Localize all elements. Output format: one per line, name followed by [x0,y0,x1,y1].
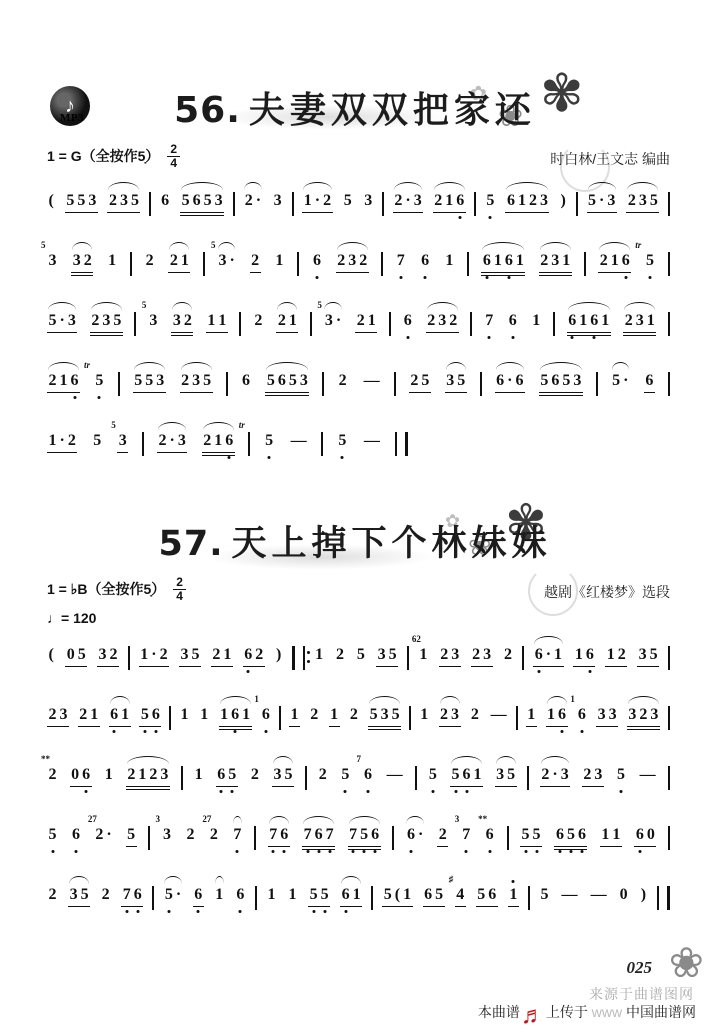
octave-dot-low [317,850,320,853]
credit-text: 越剧《红楼梦》选段 [544,582,670,602]
slur-arc [434,182,465,190]
octave-dot-low [409,850,412,853]
note-token: 2 [253,312,264,330]
grace-note: 5 [111,420,116,430]
held-note-dash: — [289,432,308,450]
note-token: 2123 [126,766,170,787]
note-token: 1 [103,766,114,784]
barline [596,372,598,396]
slur-arc [627,182,658,190]
note-token: 6·6 [495,372,525,393]
note-token: 756 [348,826,381,847]
slur-arc [451,756,482,764]
barline [292,192,294,216]
grace-note: ** [478,814,487,824]
barline [470,312,472,336]
octave-dot-low [561,730,564,733]
note-token: 21 [276,312,298,333]
note-token: ( [47,192,55,210]
note-token: 6 [644,372,655,393]
note-token: 1·2 [139,646,169,667]
note-token: 6 [160,192,171,210]
sheet-music-page: ✾ ❀ ✿ ♪ MP3 56.夫妻双双把家还 1 = G（全按作5̣） 24 时… [0,0,710,1026]
note-token: 553 [133,372,166,393]
song-56-header: 56.夫妻双双把家还 1 = G（全按作5̣） 24 时白林/王文志 编曲 [0,82,710,169]
slur-arc [218,242,235,250]
slur-arc [233,816,242,824]
note-token: 35 [445,372,467,393]
note-token: 2 [348,706,359,724]
note-token: 5653 [265,372,309,393]
note-token: 5 [539,886,550,904]
octave-dot-low [85,790,88,793]
slur-arc [394,182,422,190]
url-watermark: www [592,1004,622,1020]
note-token: 2 [334,646,345,664]
barline [321,432,323,456]
barline [668,192,670,216]
slur-arc [540,362,582,370]
barline [130,252,132,276]
note-token: 6123 [505,192,549,213]
note-token: 5 [94,372,105,390]
octave-dot-low [485,276,488,279]
barline [149,192,151,216]
note-token: 1 [287,886,298,904]
trill-mark: tr [239,420,245,430]
note-token: 35 [148,312,159,330]
note-token: 32 [71,252,93,273]
note-token: 5(1 [382,886,412,907]
note-token: 216tr [202,432,235,453]
note-token: 2· [243,192,262,210]
song-title: 57.天上掉下个林妹妹 [0,516,710,566]
octave-dot-low [537,670,540,673]
slur-arc [48,302,76,310]
octave-dot-low [247,670,250,673]
octave-dot-low [558,850,561,853]
octave-dot-low [220,790,223,793]
key-row: 1 = G（全按作5̣） 24 时白林/王文志 编曲 [0,143,710,169]
octave-dot-low [315,276,318,279]
barline [226,372,228,396]
note-token: 35 [47,252,58,270]
upload-mid-text: 上传于 [546,1004,588,1020]
octave-dot-low [312,910,315,913]
trill-mark: tr [635,240,641,250]
quarter-note-icon: ♩= 120 [47,610,96,626]
note-token: 60 [634,826,656,847]
note-token: 6** [484,826,495,844]
note-token: 5 [264,432,275,450]
slur-arc [169,242,189,250]
slur-arc [273,756,293,764]
note-token: 5653 [180,192,224,213]
note-token: 6161 [481,252,525,273]
note-token: 6 [235,886,246,904]
barline [668,312,670,336]
slur-arc [324,302,341,310]
note-token: 5· [163,886,182,904]
note-token: 1 [179,706,190,724]
final-barline [395,432,408,456]
slur-arc [266,362,308,370]
octave-dot-low [306,850,309,853]
slur-arc [496,756,516,764]
note-token: 33 [162,826,173,844]
octave-dot-high [512,880,515,883]
note-token: 1 [193,766,204,784]
note-token: 2 [100,886,111,904]
octave-dot-low [638,850,641,853]
octave-dot-low [507,276,510,279]
slur-arc [303,182,331,190]
note-token: 5· [611,372,630,390]
grace-note: ** [41,754,50,764]
note-token: 7 [232,826,243,844]
key-text: 1 = ♭B（全按作5̣） [47,579,165,599]
slur-arc [588,182,616,190]
note-token: 5·3 [587,192,617,213]
note-token: 35 [376,646,398,667]
meter-numerator: 2 [167,143,180,157]
note-token: ) [559,192,567,210]
octave-dot-low [624,276,627,279]
barline [169,706,171,730]
note-token: 1 [444,252,455,270]
octave-dot-low [465,790,468,793]
note-token: 5 [427,766,438,784]
note-token: 5·3 [47,312,77,333]
music-line: (553235656532·31·2532·321656123)5·3235 [46,176,670,236]
note-token: 2·3 [157,432,187,453]
octave-dot-low [571,336,574,339]
note-token: 23 [439,646,461,667]
note-token: 323 [627,706,660,727]
slur-arc [624,302,655,310]
note-token: 6 [70,826,81,844]
note-token: 232 [336,252,369,273]
note-token: 2 [144,252,155,270]
note-token: 1 [274,252,285,270]
octave-dot-low [51,850,54,853]
note-token: 61 [576,706,587,724]
octave-dot-low [236,850,239,853]
note-token: 21 [78,706,100,727]
slur-arc [534,636,562,644]
barline [668,826,670,850]
barline [382,192,384,216]
note-token: 06 [70,766,92,787]
note-token: 2 [185,826,196,844]
slur-arc [203,422,234,430]
note-token: 227 [208,826,219,844]
slur-arc [341,876,361,884]
note-token: 12 [605,646,627,667]
octave-dot-low [593,336,596,339]
music-line: 2**06121231652352567—5561352·3235— [46,750,670,810]
final-barline [657,886,670,910]
barline [480,372,482,396]
note-token: 2 [317,766,328,784]
grace-note: 27 [88,814,97,824]
note-token: 2·3 [393,192,423,213]
music-line: 216tr5553235656532—25356·656535·6 [46,356,670,416]
note-token: 5 [615,766,626,784]
octave-dot-low [352,850,355,853]
meter-denominator: 4 [167,157,180,170]
slur-arc [568,302,610,310]
note-token: 1 [526,706,537,727]
barline [516,706,518,730]
note-token: 2 [337,372,348,390]
note-token: 23 [471,646,493,667]
trill-mark: tr [84,360,90,370]
credit-text: 时白林/王文志 编曲 [550,149,670,169]
note-token: 2** [47,766,58,784]
barline [467,252,469,276]
slur-arc [48,362,79,370]
note-token: 3 [363,192,374,210]
barline [576,192,578,216]
grace-note: 5 [211,240,216,250]
barline [668,372,670,396]
note-token: 35 [68,886,90,907]
note-token: 1 [329,706,340,727]
music-line: (05321·2352162)12535162232326·1161235 [46,630,670,690]
music-staff-57: (05321·2352162)12535162232326·1161235232… [46,630,670,930]
slur-arc [599,242,630,250]
slur-arc [172,302,192,310]
barline [507,826,509,850]
note-token: 161 [219,706,252,727]
barline [394,372,396,396]
note-token: 1 [419,706,430,724]
octave-dot-low [649,276,652,279]
music-line: 2352765·6161155615(1654♯5615——0) [46,870,670,930]
slur-arc [369,696,400,704]
treble-clef-icon: ♬ [521,1002,545,1026]
slur-arc [72,242,92,250]
slur-arc [612,362,629,370]
music-line: 23216156111616112125351232—1166133323 [46,690,670,750]
barline [118,372,120,396]
grace-note: 5 [41,240,46,250]
note-token: 35 [179,646,201,667]
note-token: 1 [214,886,225,904]
octave-dot-low [406,336,409,339]
note-token: 23 [582,766,604,787]
music-line: 562·2753322277767677566·2736**556561160 [46,810,670,870]
note-token: 23 [47,706,69,727]
octave-dot-low [167,910,170,913]
slur-arc [215,876,224,884]
note-token: 5 [485,192,496,210]
note-token: 216 [433,192,466,213]
note-token: 55 [308,886,330,907]
barline [528,886,530,910]
barline [128,646,130,670]
slur-arc [127,756,169,764]
note-token: 16 [573,646,595,667]
octave-dot-low [323,910,326,913]
slur-arc [337,242,368,250]
slur-arc [181,362,212,370]
grace-note: 1 [254,694,259,704]
note-token: 216tr [598,252,631,273]
octave-dot-low [228,456,231,459]
note-token: 553 [65,192,98,213]
note-token: 61 [340,886,362,907]
barline [409,706,411,730]
upload-prefix-text: 本曲谱 [478,1004,520,1020]
note-token: 62 [243,646,265,667]
grace-note: 62 [412,634,421,644]
barline [584,252,586,276]
slur-arc [349,816,380,824]
note-token: 216tr [47,372,80,393]
note-token: 1 [314,646,325,664]
octave-dot-low [454,790,457,793]
octave-dot-low [234,730,237,733]
key-text: 1 = G（全按作5̣） [47,146,159,166]
barline [668,252,670,276]
note-token: 5 [355,646,366,664]
barline [407,646,409,670]
slur-arc [181,182,223,190]
note-token: 235 [107,192,140,213]
song-57-header: 57.天上掉下个林妹妹 1 = ♭B（全按作5̣） 24 越剧《红楼梦》选段 ♩… [0,516,710,626]
music-staff-56: (553235656532·31·2532·321656123)5·323535… [46,176,670,476]
song-title-text: 夫妻双双把家还 [249,90,536,131]
octave-dot-low [511,336,514,339]
barline [371,886,373,910]
time-signature: 24 [167,143,180,169]
note-token: 767 [302,826,335,847]
slur-arc [110,696,130,704]
octave-dot-low [619,790,622,793]
note-token: 231 [539,252,572,273]
page-number: 025 [627,958,653,978]
note-token: 35 [272,766,294,787]
octave-dot-low [367,790,370,793]
octave-dot-low [535,850,538,853]
note-token: 65 [423,886,445,907]
octave-dot-low [272,850,275,853]
note-token: 2 [309,706,320,724]
note-token: 1 [508,886,519,907]
note-token: 3·5 [217,252,236,270]
barline [668,646,670,670]
note-token: 162 [418,646,429,664]
octave-dot-low [197,910,200,913]
song-title: 56.夫妻双双把家还 [0,82,710,133]
barline [522,646,524,670]
meter-denominator: 4 [173,590,186,603]
barline [305,766,307,790]
barline [279,706,281,730]
time-signature: 24 [173,576,186,602]
slur-arc [91,302,122,310]
slur-arc [277,302,297,310]
octave-dot-low [580,730,583,733]
slur-arc [134,362,165,370]
held-note-dash: — [638,766,657,784]
barline [203,252,205,276]
octave-dot-low [113,730,116,733]
barline [297,252,299,276]
octave-dot-low [569,850,572,853]
slur-arc [269,816,289,824]
slur-arc [220,696,251,704]
note-token: 73 [461,826,472,844]
song-title-text: 天上掉下个林妹妹 [232,524,552,564]
note-token: 1·2 [302,192,332,213]
barline [553,312,555,336]
octave-dot-low [268,456,271,459]
note-token: 7 [484,312,495,330]
note-token: 76 [121,886,143,907]
octave-dot-low [588,670,591,673]
slur-arc [446,362,466,370]
octave-dot-low [231,790,234,793]
slur-arc [440,696,460,704]
note-token: 1 [266,886,277,904]
note-token: 5 [342,192,353,210]
note-token: 6·1 [533,646,563,667]
note-token: 21 [168,252,190,273]
barline [134,312,136,336]
note-token: 5653 [539,372,583,393]
barline [392,826,394,850]
grace-note: 27 [202,814,211,824]
octave-dot-low [374,850,377,853]
held-note-dash: — [589,886,608,904]
note-token: 5 [645,252,656,270]
note-token: ) [639,886,647,904]
note-token: 656 [554,826,587,847]
note-token: 21 [211,646,233,667]
note-token: 4♯ [455,886,466,907]
barline [181,766,183,790]
held-note-dash: — [489,706,508,724]
slur-arc [540,242,571,250]
music-line: 5·32353532112213·52162327616161231 [46,296,670,356]
note-token: 5 [92,432,103,450]
note-token: 2·3 [540,766,570,787]
barline [310,312,312,336]
slur-arc [506,182,548,190]
octave-dot-low [154,730,157,733]
note-token: 5 [126,826,137,847]
octave-dot-low [524,850,527,853]
scroll-flourish-icon: ❀ [669,942,704,984]
octave-dot-low [344,790,347,793]
music-line: 1·25352·3216tr5—5— [46,416,408,476]
octave-dot-low [283,850,286,853]
note-token: 35 [637,646,659,667]
note-token: 6· [405,826,424,844]
note-token: 2 [469,706,480,724]
barline [152,886,154,910]
note-token: 6 [240,372,251,390]
note-token: 3·5 [323,312,342,330]
note-token: 32 [171,312,193,333]
barline [474,192,476,216]
note-token: 235 [626,192,659,213]
note-token: 535 [368,706,401,727]
note-token: 35 [495,766,517,787]
